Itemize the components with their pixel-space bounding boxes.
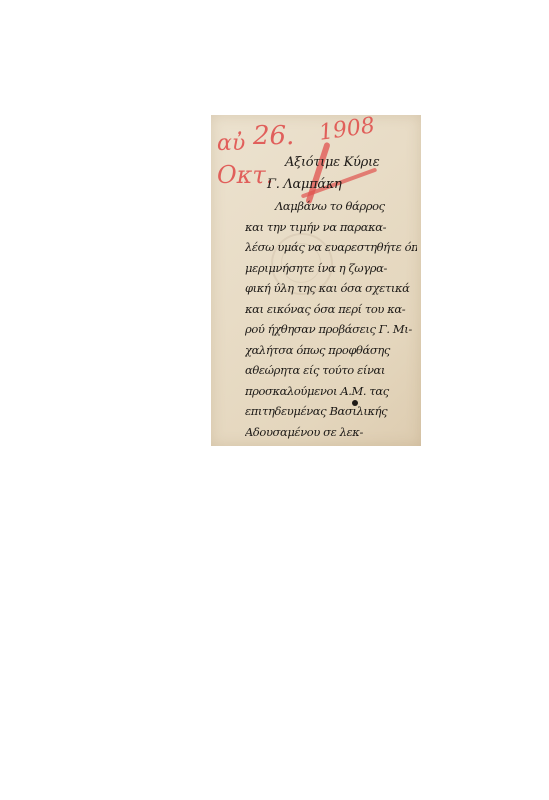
red-annotation-number: 26. (253, 121, 294, 151)
body-line: Αδουσαμένου σε λεκ- (245, 425, 417, 446)
body-line: λέσω υμάς να ευαρεστηθήτε όπως (245, 240, 417, 261)
body-line: και την τιμήν να παρακα- (245, 220, 417, 241)
red-annotation-month: Οκτ. (217, 161, 273, 189)
ink-blot (352, 400, 358, 406)
letter-body: Λαμβάνω το θάρρος και την τιμήν να παρακ… (245, 199, 417, 446)
red-annotation-prefix: αὐ (217, 131, 245, 156)
body-line: χαλήτσα όπως προφθάσης (245, 343, 417, 364)
body-line: μεριμνήσητε ίνα η ζωγρα- (245, 261, 417, 282)
greeting-line-1: Αξιότιμε Κύριε (285, 155, 421, 170)
body-line: και εικόνας όσα περί του κα- (245, 302, 417, 323)
letter-paper: αὐ 26. Οκτ. 1908 Αξιότιμε Κύριε Γ. Λαμπά… (211, 115, 421, 446)
body-line: χειρόγραφα. Έχομεν δε εξ (245, 445, 417, 446)
document-page: αὐ 26. Οκτ. 1908 Αξιότιμε Κύριε Γ. Λαμπά… (0, 0, 549, 800)
body-line: Λαμβάνω το θάρρος (245, 199, 417, 220)
body-line: αθεώρητα είς τούτο είναι (245, 363, 417, 384)
body-line: επιτηδευμένας Βασιλικής (245, 404, 417, 425)
body-line: φική ύλη της και όσα σχετικά (245, 281, 417, 302)
body-line: ρού ήχθησαν προβάσεις Γ. Μι- (245, 322, 417, 343)
body-line: προσκαλούμενοι Α.Μ. τας (245, 384, 417, 405)
greeting-line-2: Γ. Λαμπάκη (267, 177, 421, 192)
